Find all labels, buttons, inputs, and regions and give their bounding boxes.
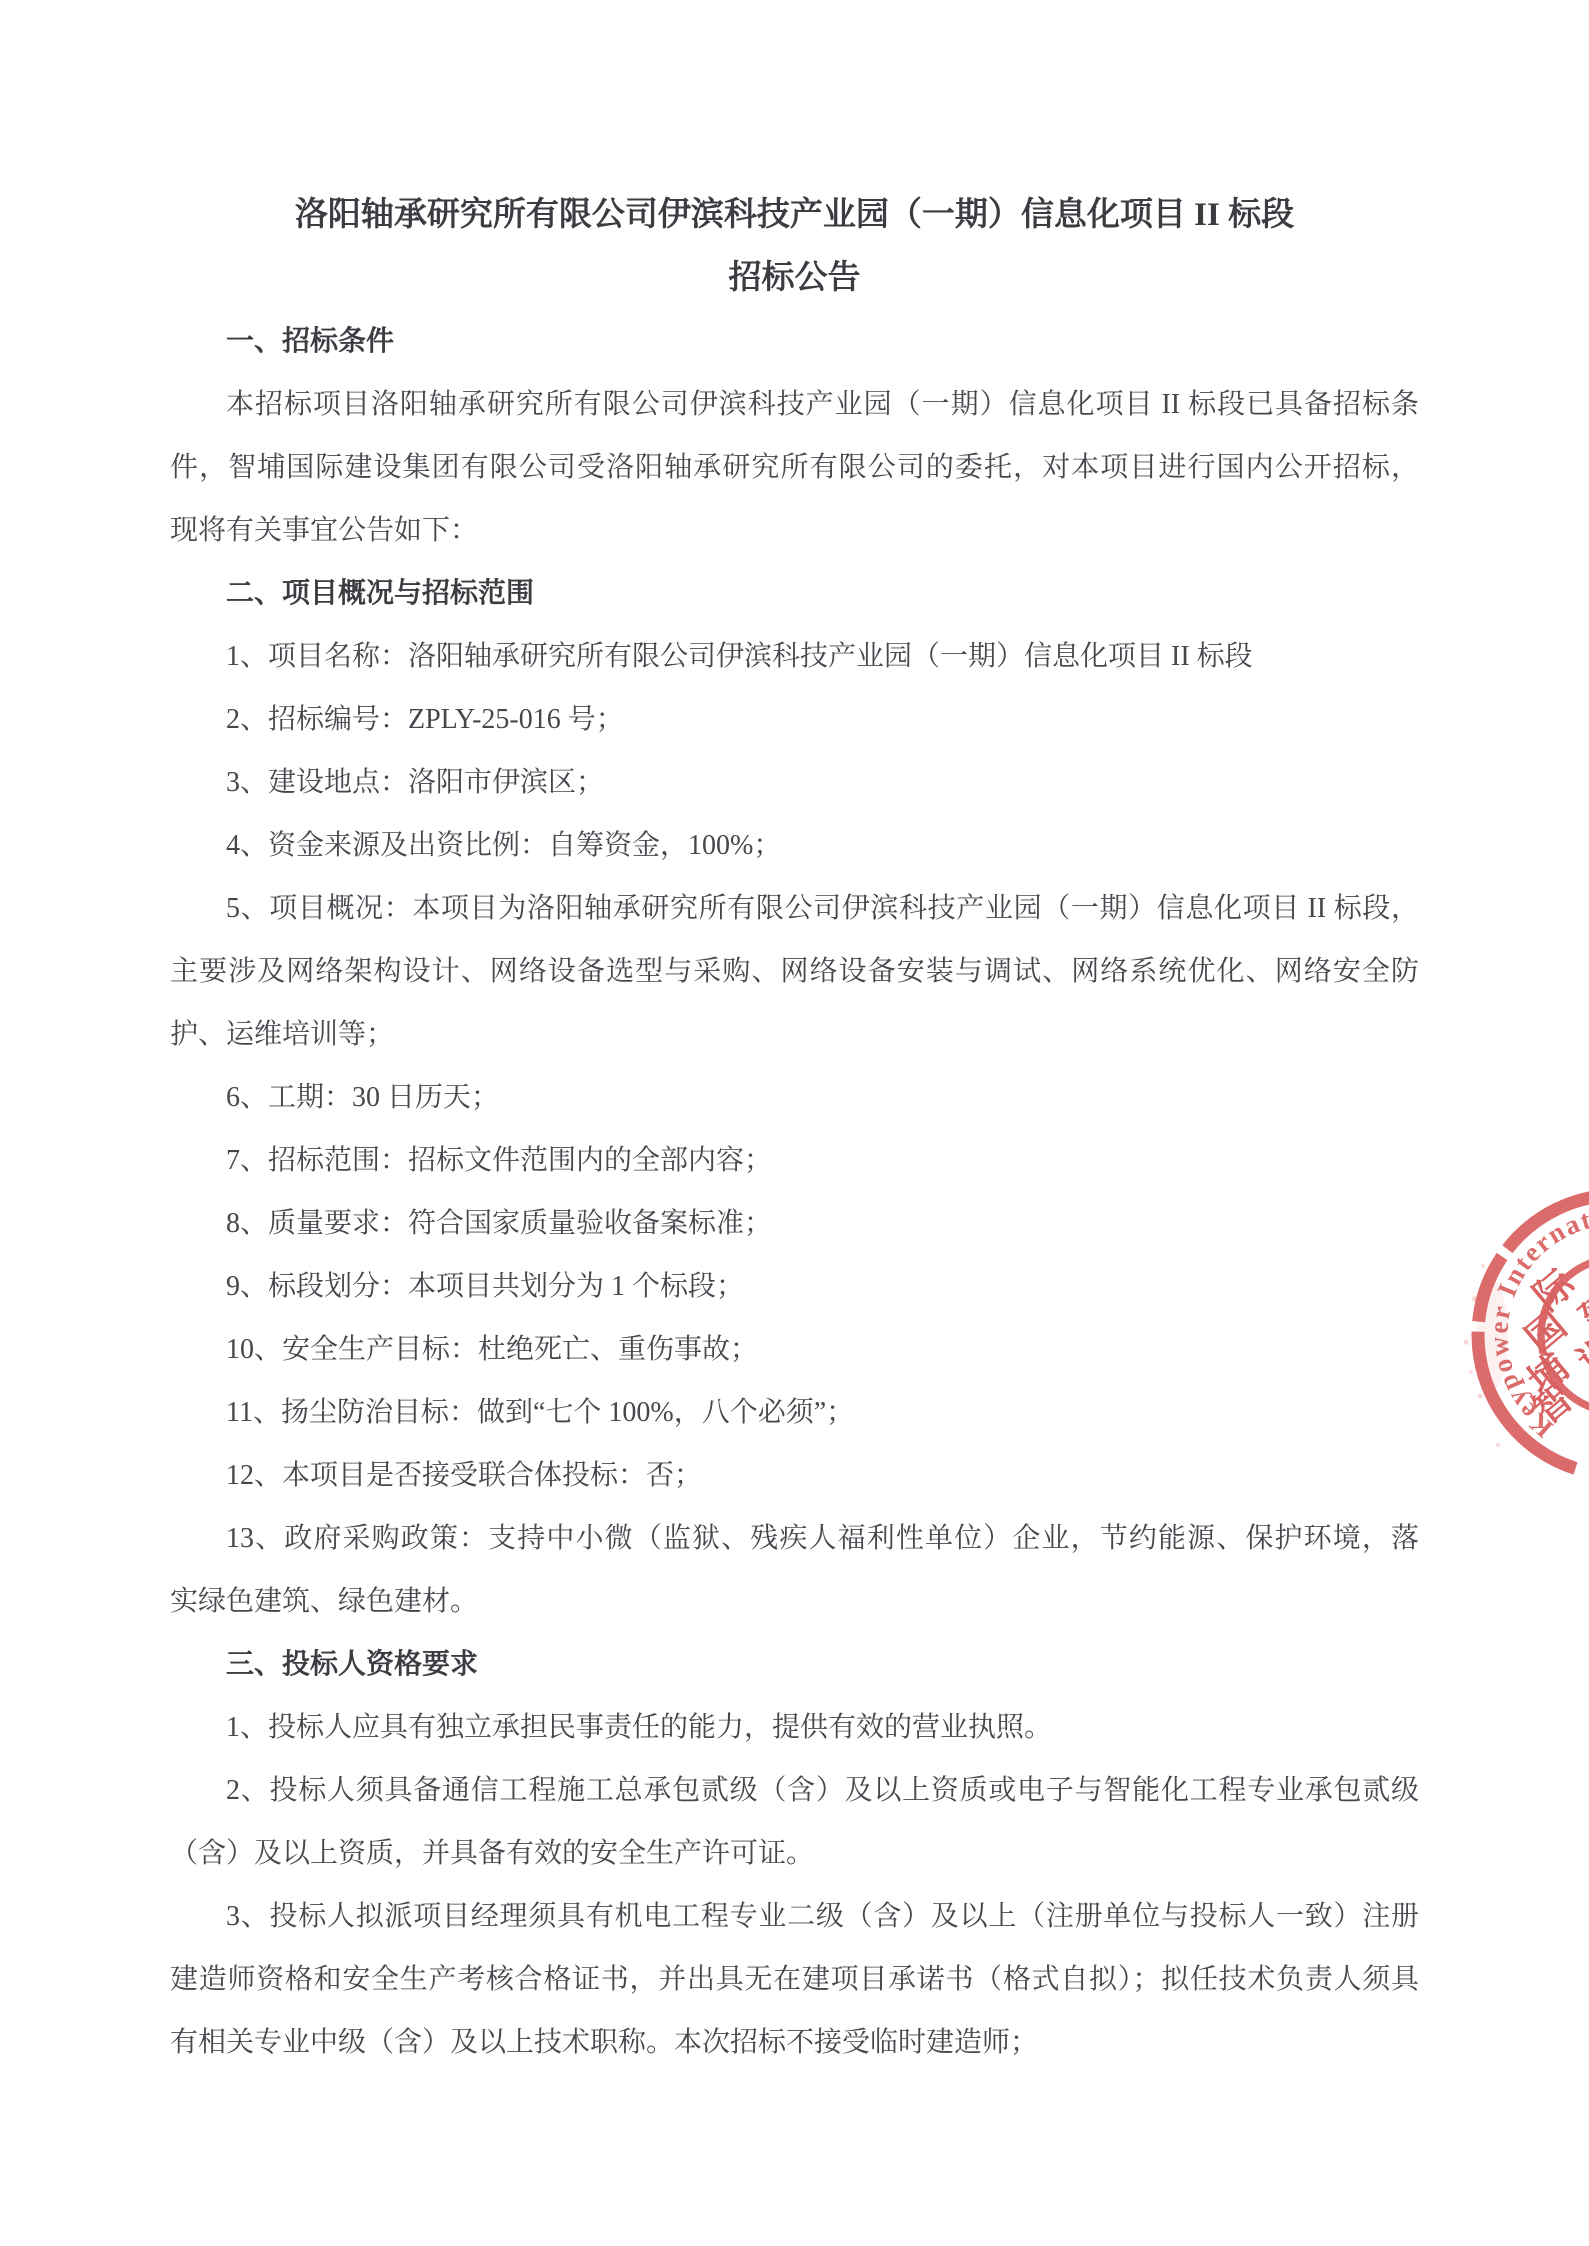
text-line: 实绿色建筑、绿色建材。 <box>170 1570 1419 1633</box>
document-title: 洛阳轴承研究所有限公司伊滨科技产业园（一期）信息化项目 II 标段 <box>170 184 1419 247</box>
text-line: 件，智埔国际建设集团有限公司受洛阳轴承研究所有限公司的委托，对本项目进行国内公开… <box>170 436 1419 499</box>
text-line: 有相关专业中级（含）及以上技术职称。本次招标不接受临时建造师； <box>170 2011 1419 2074</box>
text-line: 1、项目名称：洛阳轴承研究所有限公司伊滨科技产业园（一期）信息化项目 II 标段 <box>170 625 1419 688</box>
text-line: 本招标项目洛阳轴承研究所有限公司伊滨科技产业园（一期）信息化项目 II 标段已具… <box>170 373 1419 436</box>
section-heading: 三、投标人资格要求 <box>170 1633 1419 1696</box>
text-line: 7、招标范围：招标文件范围内的全部内容； <box>170 1129 1419 1192</box>
text-line: 10、安全生产目标：杜绝死亡、重伤事故； <box>170 1318 1419 1381</box>
document-subtitle: 招标公告 <box>170 247 1419 310</box>
document-body: 一、招标条件本招标项目洛阳轴承研究所有限公司伊滨科技产业园（一期）信息化项目 I… <box>170 310 1419 2074</box>
text-line: 3、投标人拟派项目经理须具有机电工程专业二级（含）及以上（注册单位与投标人一致）… <box>170 1885 1419 1948</box>
company-seal-stamp: Keypower International 际 国 埔 智 建 设 <box>1400 1140 1589 1540</box>
text-line: 8、质量要求：符合国家质量验收备案标准； <box>170 1192 1419 1255</box>
text-line: 1、投标人应具有独立承担民事责任的能力，提供有效的营业执照。 <box>170 1696 1419 1759</box>
text-line: 6、工期：30 日历天； <box>170 1066 1419 1129</box>
text-line: 2、招标编号：ZPLY-25-016 号； <box>170 688 1419 751</box>
section-heading: 一、招标条件 <box>170 310 1419 373</box>
text-line: 主要涉及网络架构设计、网络设备选型与采购、网络设备安装与调试、网络系统优化、网络… <box>170 940 1419 1003</box>
text-line: 2、投标人须具备通信工程施工总承包贰级（含）及以上资质或电子与智能化工程专业承包… <box>170 1759 1419 1822</box>
text-line: 11、扬尘防治目标：做到“七个 100%，八个必须”； <box>170 1381 1419 1444</box>
text-line: 13、政府采购政策：支持中小微（监狱、残疾人福利性单位）企业，节约能源、保护环境… <box>170 1507 1419 1570</box>
text-line: 5、项目概况：本项目为洛阳轴承研究所有限公司伊滨科技产业园（一期）信息化项目 I… <box>170 877 1419 940</box>
text-line: 3、建设地点：洛阳市伊滨区； <box>170 751 1419 814</box>
text-line: 12、本项目是否接受联合体投标：否； <box>170 1444 1419 1507</box>
text-line: 现将有关事宜公告如下： <box>170 499 1419 562</box>
text-line: （含）及以上资质，并具备有效的安全生产许可证。 <box>170 1822 1419 1885</box>
document-page: 洛阳轴承研究所有限公司伊滨科技产业园（一期）信息化项目 II 标段 招标公告 一… <box>170 184 1419 2074</box>
text-line: 4、资金来源及出资比例：自筹资金，100%； <box>170 814 1419 877</box>
text-line: 建造师资格和安全生产考核合格证书，并出具无在建项目承诺书（格式自拟）；拟任技术负… <box>170 1948 1419 2011</box>
text-line: 护、运维培训等； <box>170 1003 1419 1066</box>
text-line: 9、标段划分：本项目共划分为 1 个标段； <box>170 1255 1419 1318</box>
section-heading: 二、项目概况与招标范围 <box>170 562 1419 625</box>
